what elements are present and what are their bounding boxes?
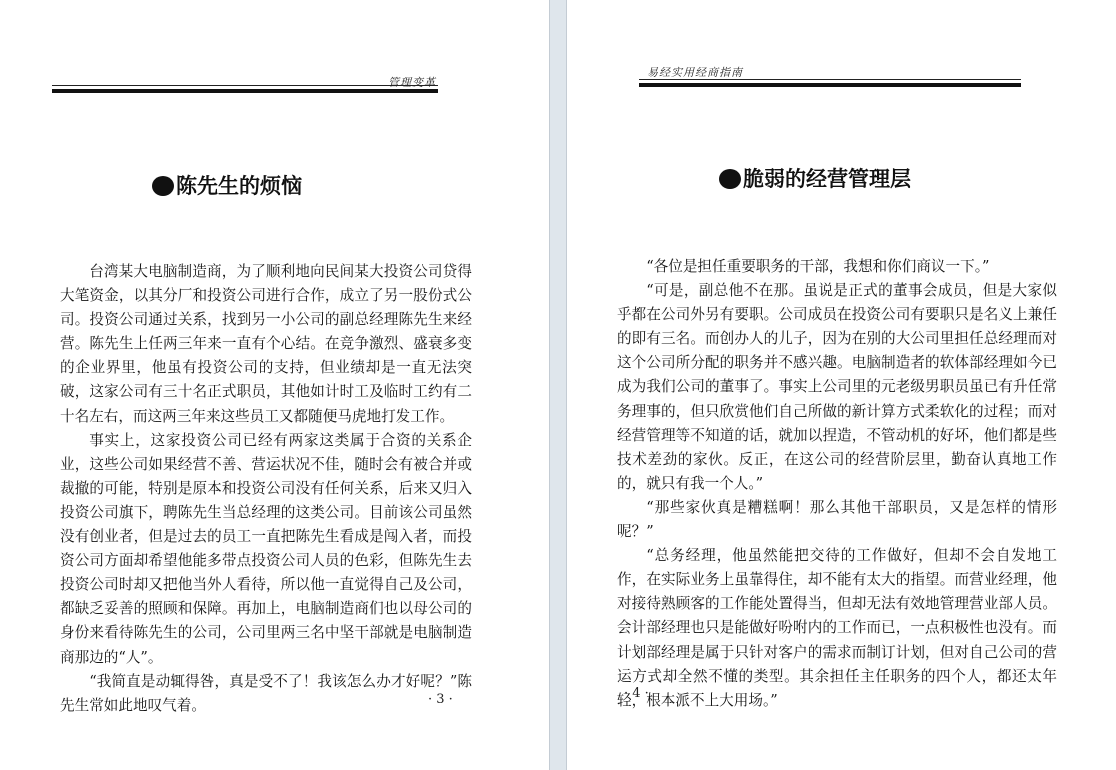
running-head: 易经实用经商指南	[647, 64, 743, 80]
bullet-icon	[719, 169, 741, 189]
body-text: 台湾某大电脑制造商，为了顺利地向民间某大投资公司贷得大笔资金，以其分厂和投资公司…	[60, 260, 472, 718]
chapter-title: 脆弱的经营管理层	[719, 163, 911, 193]
left-page: 管理变革 陈先生的烦恼 台湾某大电脑制造商，为了顺利地向民间某大投资公司贷得大笔…	[0, 0, 549, 770]
body-text: “各位是担任重要职务的干部，我想和你们商议一下。” “可是，副总他不在那。虽说是…	[617, 255, 1057, 713]
paragraph: “那些家伙真是糟糕啊！那么其他干部职员，又是怎样的情形呢？”	[617, 496, 1057, 544]
right-page: 易经实用经商指南 脆弱的经营管理层 “各位是担任重要职务的干部，我想和你们商议一…	[567, 0, 1116, 770]
chapter-title-text: 脆弱的经营管理层	[743, 167, 911, 191]
page-number: · 3 ·	[428, 692, 453, 707]
paragraph: “我简直是动辄得咎，真是受不了！我该怎么办才好呢？”陈先生常如此地叹气着。	[60, 670, 472, 718]
paragraph: “各位是担任重要职务的干部，我想和你们商议一下。”	[617, 255, 1057, 279]
paragraph: 台湾某大电脑制造商，为了顺利地向民间某大投资公司贷得大笔资金，以其分厂和投资公司…	[60, 260, 472, 429]
header-rule-thick	[52, 89, 438, 93]
header-rule-thin	[52, 85, 438, 86]
bullet-icon	[152, 176, 174, 196]
paragraph: “可是，副总他不在那。虽说是正式的董事会成员，但是大家似乎都在公司外另有要职。公…	[617, 279, 1057, 496]
header-rule-thin	[639, 79, 1021, 80]
chapter-title-text: 陈先生的烦恼	[176, 174, 302, 198]
running-head: 管理变革	[388, 74, 436, 90]
paragraph: “总务经理，他虽然能把交待的工作做好，但却不会自发地工作，在实际业务上虽靠得住，…	[617, 544, 1057, 713]
page-gutter	[549, 0, 567, 770]
paragraph: 事实上，这家投资公司已经有两家这类属于合资的关系企业，这些公司如果经营不善、营运…	[60, 429, 472, 670]
chapter-title: 陈先生的烦恼	[152, 170, 302, 200]
page-number: · 4 ·	[624, 686, 649, 701]
header-rule-thick	[639, 83, 1021, 87]
